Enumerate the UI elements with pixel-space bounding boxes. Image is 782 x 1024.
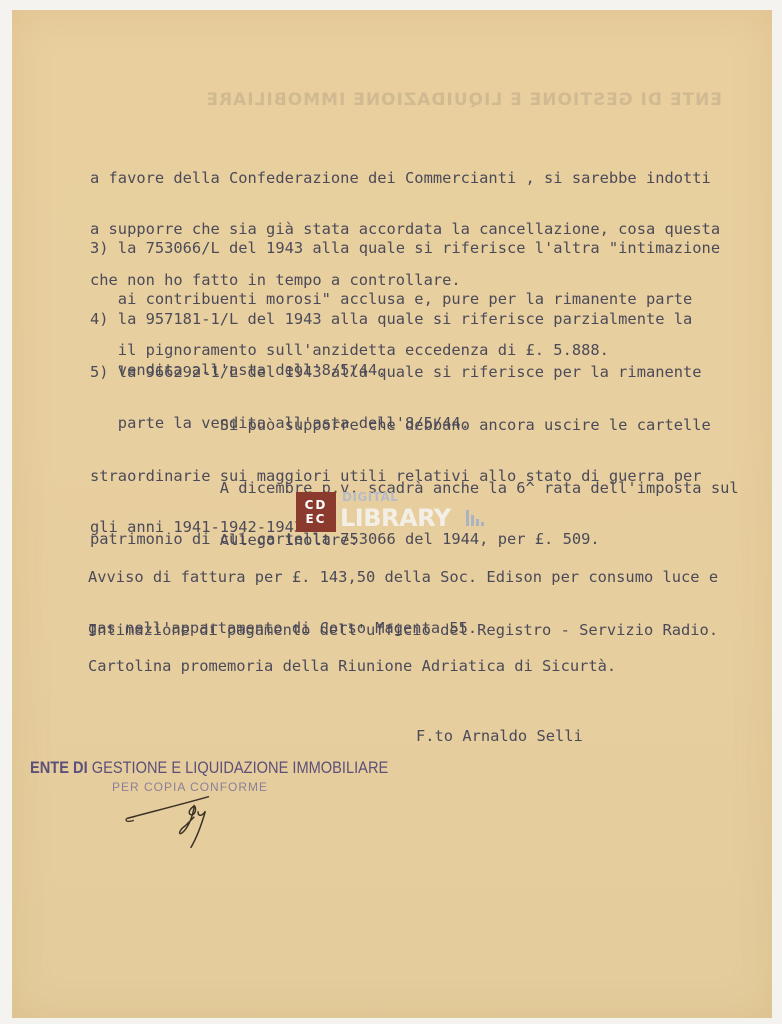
stamp-organization: ENTE DI GESTIONE E LIQUIDAZIONE IMMOBILI…: [30, 758, 388, 778]
cdec-logo-box: CD EC: [296, 492, 336, 532]
text-line: Avviso di fattura per £. 143,50 della So…: [88, 569, 718, 586]
logo-box-line2: EC: [296, 512, 336, 526]
text-line: Cartolina promemoria della Riunione Adri…: [88, 658, 616, 675]
logo-box-line1: CD: [296, 498, 336, 512]
document-page: ENTE DI GESTIONE E LIQUIDAZIONE IMMOBILI…: [12, 10, 772, 1018]
stamp-text: GESTIONE E LIQUIDAZIONE IMMOBILIARE: [88, 758, 389, 777]
cdec-digital-library-watermark: CD EC DIGITAL LIBRARY: [296, 492, 490, 532]
text-line: a favore della Confederazione dei Commer…: [90, 170, 720, 187]
handwritten-initials-icon: [110, 790, 220, 860]
bleed-through-letterhead: ENTE DI GESTIONE E LIQUIDAZIONE IMMOBILI…: [312, 90, 722, 110]
stamp-bold-text: ENTE DI: [30, 758, 88, 777]
text-line: Si può supporre che debbano ancora uscir…: [90, 417, 711, 434]
logo-library-text: LIBRARY: [340, 504, 451, 532]
typed-signature: F.to Arnaldo Selli: [416, 694, 583, 779]
bar-chart-icon: [466, 510, 490, 526]
text-line: 5) la 966292-1/L del 1943 alla quale si …: [90, 364, 702, 381]
text-line: 4) la 957181-1/L del 1943 alla quale si …: [90, 311, 692, 328]
logo-digital-text: DIGITAL: [342, 490, 398, 504]
text-line: 3) la 753066/L del 1943 alla quale si ri…: [90, 240, 720, 257]
text-line: F.to Arnaldo Selli: [416, 728, 583, 745]
